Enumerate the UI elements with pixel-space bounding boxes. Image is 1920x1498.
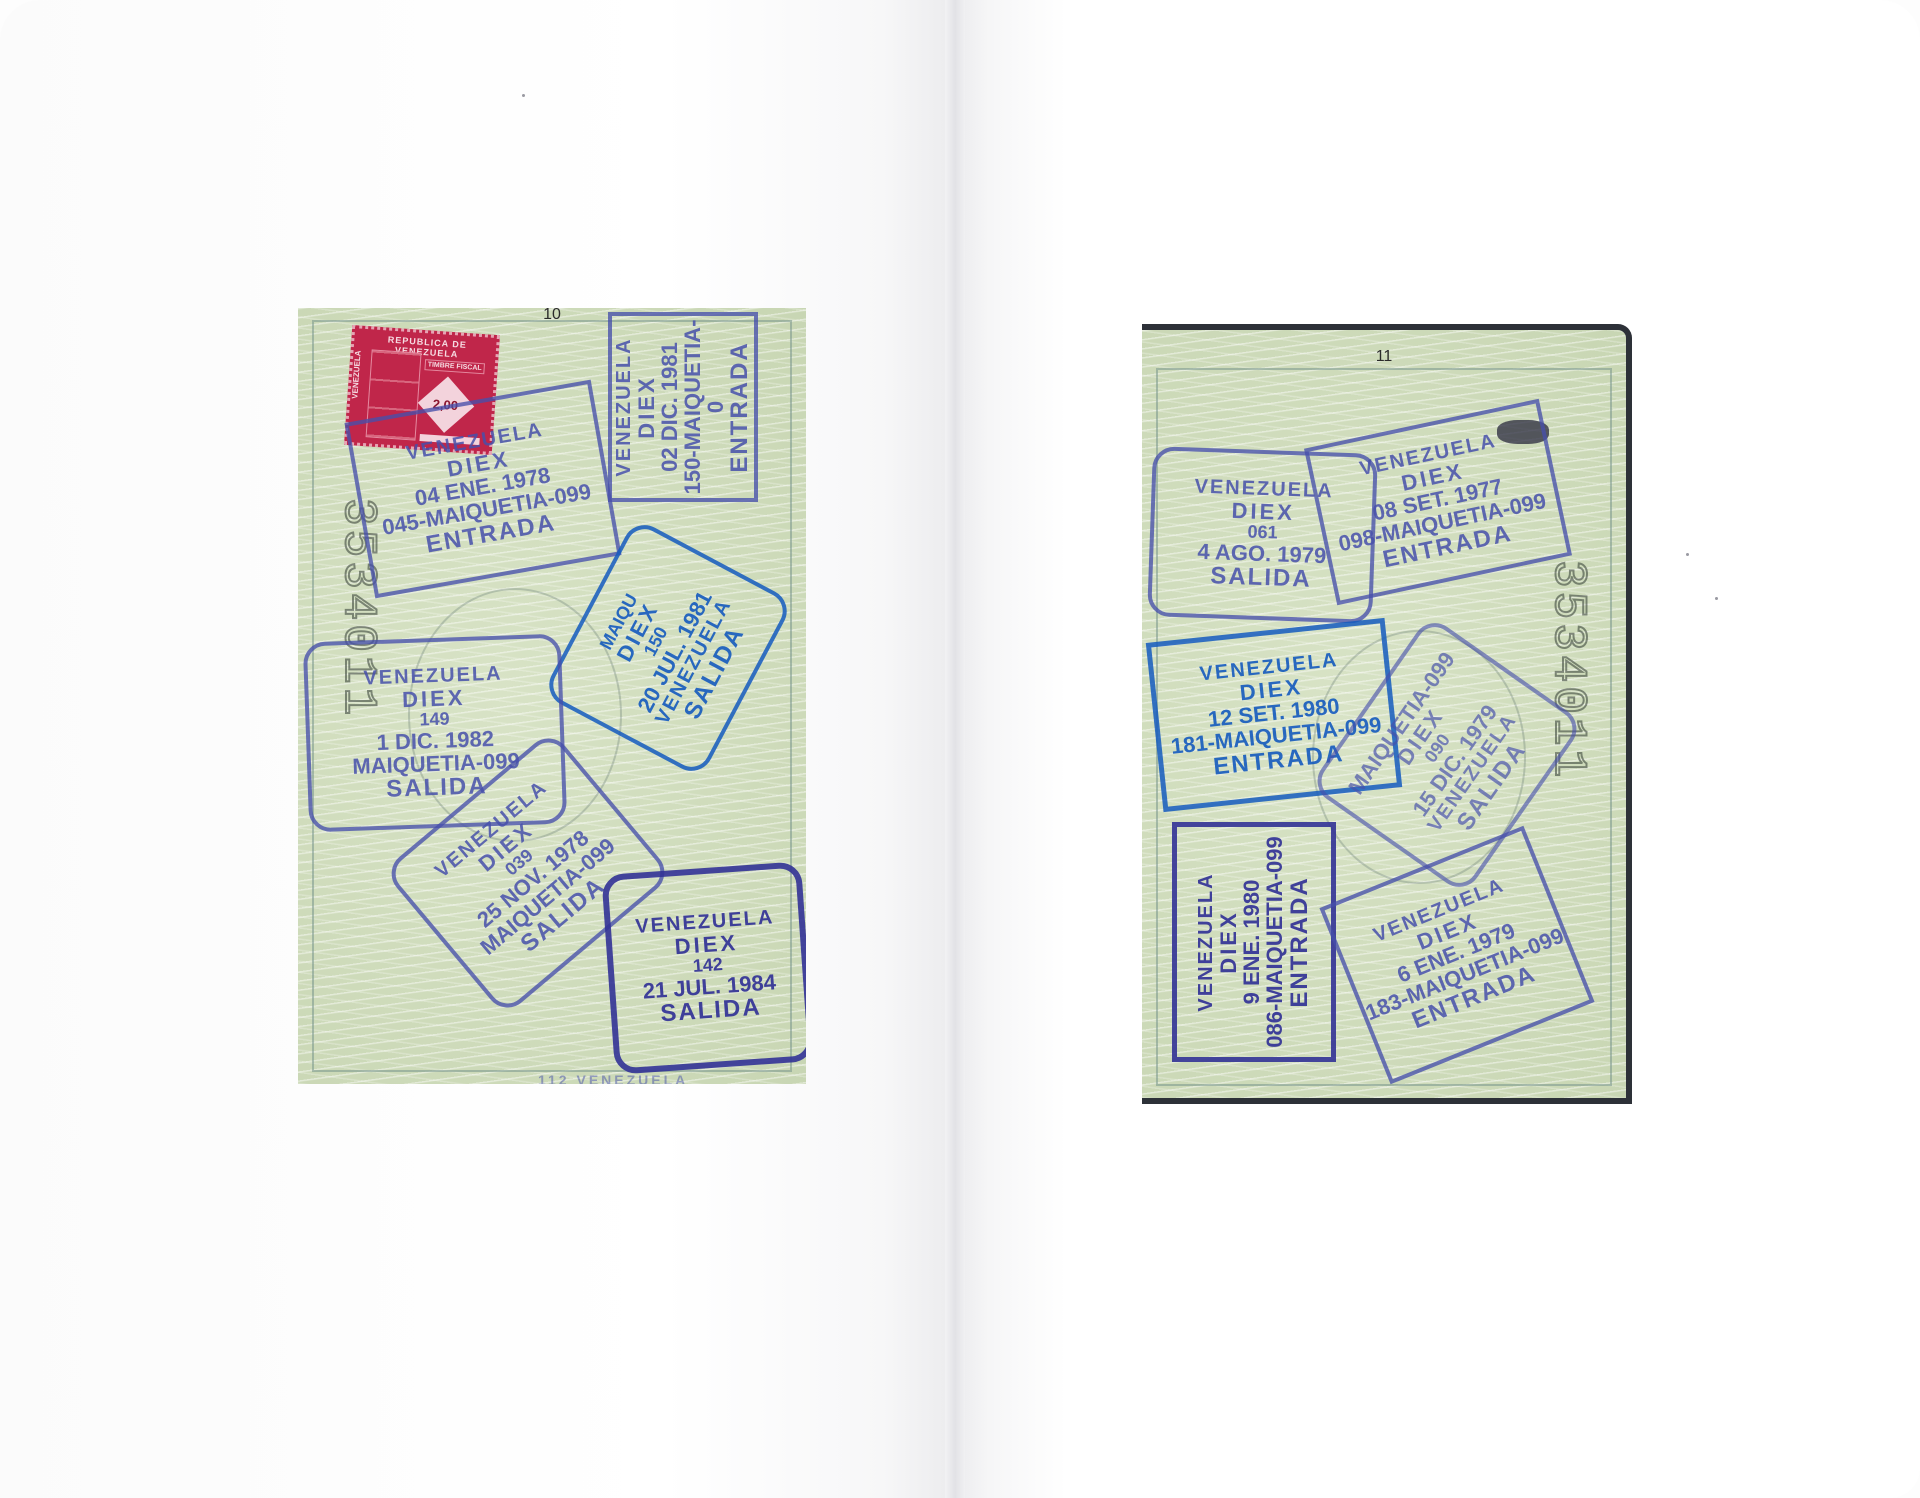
stamp-office: DIEX (1231, 499, 1295, 524)
underlying-page-stamp-text: 112 VENEZUELA (538, 1072, 688, 1084)
dust-speck (1686, 553, 1689, 556)
stamp-office: DIEX (402, 686, 466, 711)
stamp-number: 149 (419, 709, 450, 729)
stamp-country: VENEZUELA (614, 337, 635, 476)
stamp-date: 02 DIC. 1981 (658, 342, 681, 472)
passport-spread: 10 3534011 REPUBLICA DE VENEZUELA VENEZU… (0, 0, 1920, 1498)
passport-leaf-left: 10 3534011 REPUBLICA DE VENEZUELA VENEZU… (298, 308, 806, 1084)
stamp-direction: SALIDA (1210, 564, 1312, 593)
page-number: 11 (1142, 348, 1626, 366)
stamp-direction: ENTRADA (727, 341, 752, 472)
passport-leaf-right: 11 3534011 VENEZUELA DIEX 061 4 AGO. 197… (1142, 324, 1632, 1104)
entry-stamp: VENEZUELA DIEX 9 ENE. 1980 086-MAIQUETIA… (1172, 822, 1336, 1062)
stamp-port: 086-MAIQUETIA-099 (1263, 836, 1286, 1048)
stamp-port: 150-MAIQUETIA-0 (681, 316, 727, 498)
fiscal-stamp-side-text: VENEZUELA (350, 350, 362, 399)
dust-speck (522, 94, 525, 97)
exit-stamp: VENEZUELA DIEX 142 21 JUL. 1984 SALIDA (601, 861, 806, 1074)
stamp-office: DIEX (635, 375, 658, 438)
stamp-direction: SALIDA (660, 995, 763, 1027)
book-gutter (945, 0, 965, 1498)
dust-speck (1715, 597, 1718, 600)
stamp-direction: ENTRADA (1287, 876, 1312, 1007)
stamp-office: DIEX (1217, 910, 1240, 973)
stamp-country: VENEZUELA (1196, 872, 1217, 1011)
entry-stamp: VENEZUELA DIEX 02 DIC. 1981 150-MAIQUETI… (608, 312, 758, 502)
stamp-number: 061 (1247, 523, 1278, 543)
stamp-date: 9 ENE. 1980 (1240, 880, 1263, 1005)
fiscal-stamp-label: TIMBRE FISCAL (424, 359, 485, 374)
